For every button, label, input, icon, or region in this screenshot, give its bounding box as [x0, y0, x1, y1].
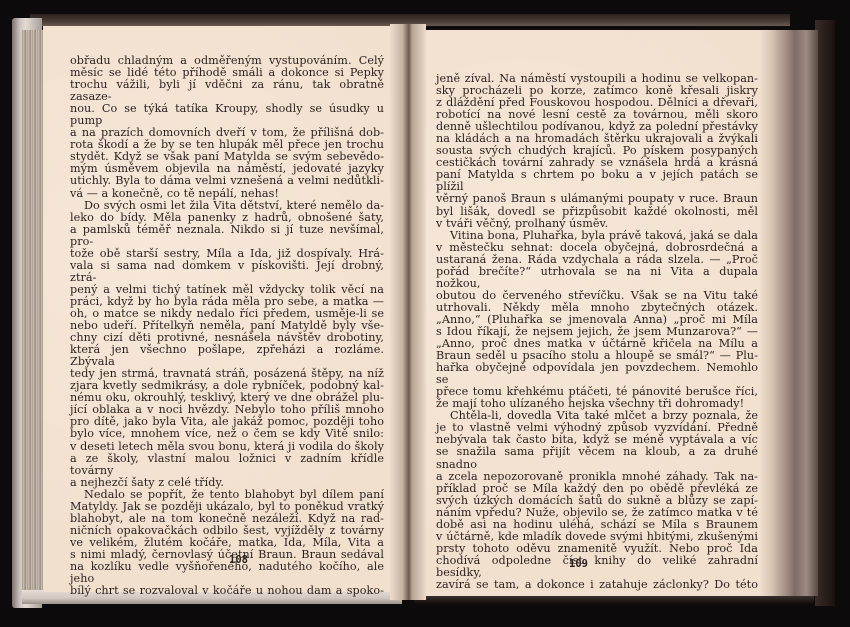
book-bottom-edge-right [414, 596, 814, 604]
text-line: svých úzkých domácích šatů do sukně a bl… [436, 495, 758, 507]
text-line: bílý chrt se rozvaloval v kočáře u nohou… [70, 585, 384, 597]
text-line: utichly. Byla to dáma velmi vznešená a v… [70, 175, 384, 187]
right-page-number: 109 [569, 558, 588, 570]
text-line: ustaraná žena. Ráda vzdychala a ráda slz… [436, 254, 758, 266]
right-page-text: jeně zíval. Na náměstí vystoupili a hodi… [436, 73, 758, 591]
text-line: a zcela nepozorovaně pronikla mnohé záha… [436, 471, 758, 483]
open-book: obřadu chladným a odměřeným vystupováním… [10, 10, 838, 610]
book-cover-right [815, 20, 835, 606]
book-gutter [390, 24, 426, 600]
text-line: na kozlíku vedle vyšňořeného, nadutého k… [70, 561, 384, 585]
text-line: se snažila sama přijít věcem na kloub, a… [436, 446, 758, 470]
text-line: byl lišák, dovedl se přizpůsobit každé o… [436, 206, 758, 218]
text-line: v deseti letech měla svou bonu, která ji… [70, 441, 384, 453]
text-line: Matyldy. Jak se později ukázalo, byl to … [70, 501, 384, 513]
text-line: paní Matylda s chrtem po boku a v jejích… [436, 169, 758, 193]
text-line: a ze školy, vlastní malou ložnici v zadn… [70, 453, 384, 477]
text-line: tože obě starší sestry, Míla a Ida, již … [70, 248, 384, 260]
text-line: vala si sama nad domkem v pískovišti. Je… [70, 260, 384, 284]
text-line: chodívá odpoledne číst knihy do veliké z… [436, 555, 758, 579]
text-line: příklad proč se Míla každý den po obědě … [436, 483, 758, 495]
text-line: a pamlsků téměř neznala. Nikdo si jí tuz… [70, 224, 384, 248]
text-line: která jen všechno pošlape, zpřeházi a ro… [70, 344, 384, 368]
text-line: bylo více, mnohem více, než o čem se kdy… [70, 428, 384, 440]
text-line: Nedalo se popřít, že tento blahobyt byl … [70, 489, 384, 501]
text-line: době asi na hodinu uléhá, schází se Míla… [436, 519, 758, 531]
text-line: trochu vážili, byli jí vděčni za ránu, t… [70, 79, 384, 103]
text-line: v městečku sehnat: docela obyčejná, dobr… [436, 242, 758, 254]
text-line: věrný panoš Braun s ulámanými poupaty v … [436, 193, 758, 205]
left-page-text: obřadu chladným a odměřeným vystupováním… [70, 55, 384, 597]
right-page: jeně zíval. Na náměstí vystoupili a hodi… [414, 30, 770, 596]
left-page: obřadu chladným a odměřeným vystupováním… [43, 26, 403, 592]
text-line: hařka obyčejně odpovídala jen povzdechem… [436, 362, 758, 386]
text-line: v tváři věčný, prolhaný úsměv. [436, 218, 758, 230]
text-line: vá — a konečně, co tě nepálí, nehas! [70, 188, 384, 200]
text-line: Vitina bona, Pluhařka, byla právě taková… [436, 230, 758, 242]
text-line: nou. Co se týká tatíka Kroupy, shodly se… [70, 103, 384, 127]
text-line: náním vpředu? Nuže, objevilo se, že zatí… [436, 507, 758, 519]
page-stack-right [760, 30, 818, 596]
text-line: zavírá se tam, a dokonce i zatahuje zácl… [436, 579, 758, 591]
text-line: pořád brečíte?“ utrhovala se na ni Vita … [436, 266, 758, 290]
text-line: leko do bídy. Měla panenky z hadrů, obno… [70, 212, 384, 224]
left-page-number: 108 [229, 554, 248, 566]
text-line: a nejhezčí šaty z celé třídy. [70, 477, 384, 489]
text-line: Do svých osmi let žila Vita dětství, kte… [70, 200, 384, 212]
